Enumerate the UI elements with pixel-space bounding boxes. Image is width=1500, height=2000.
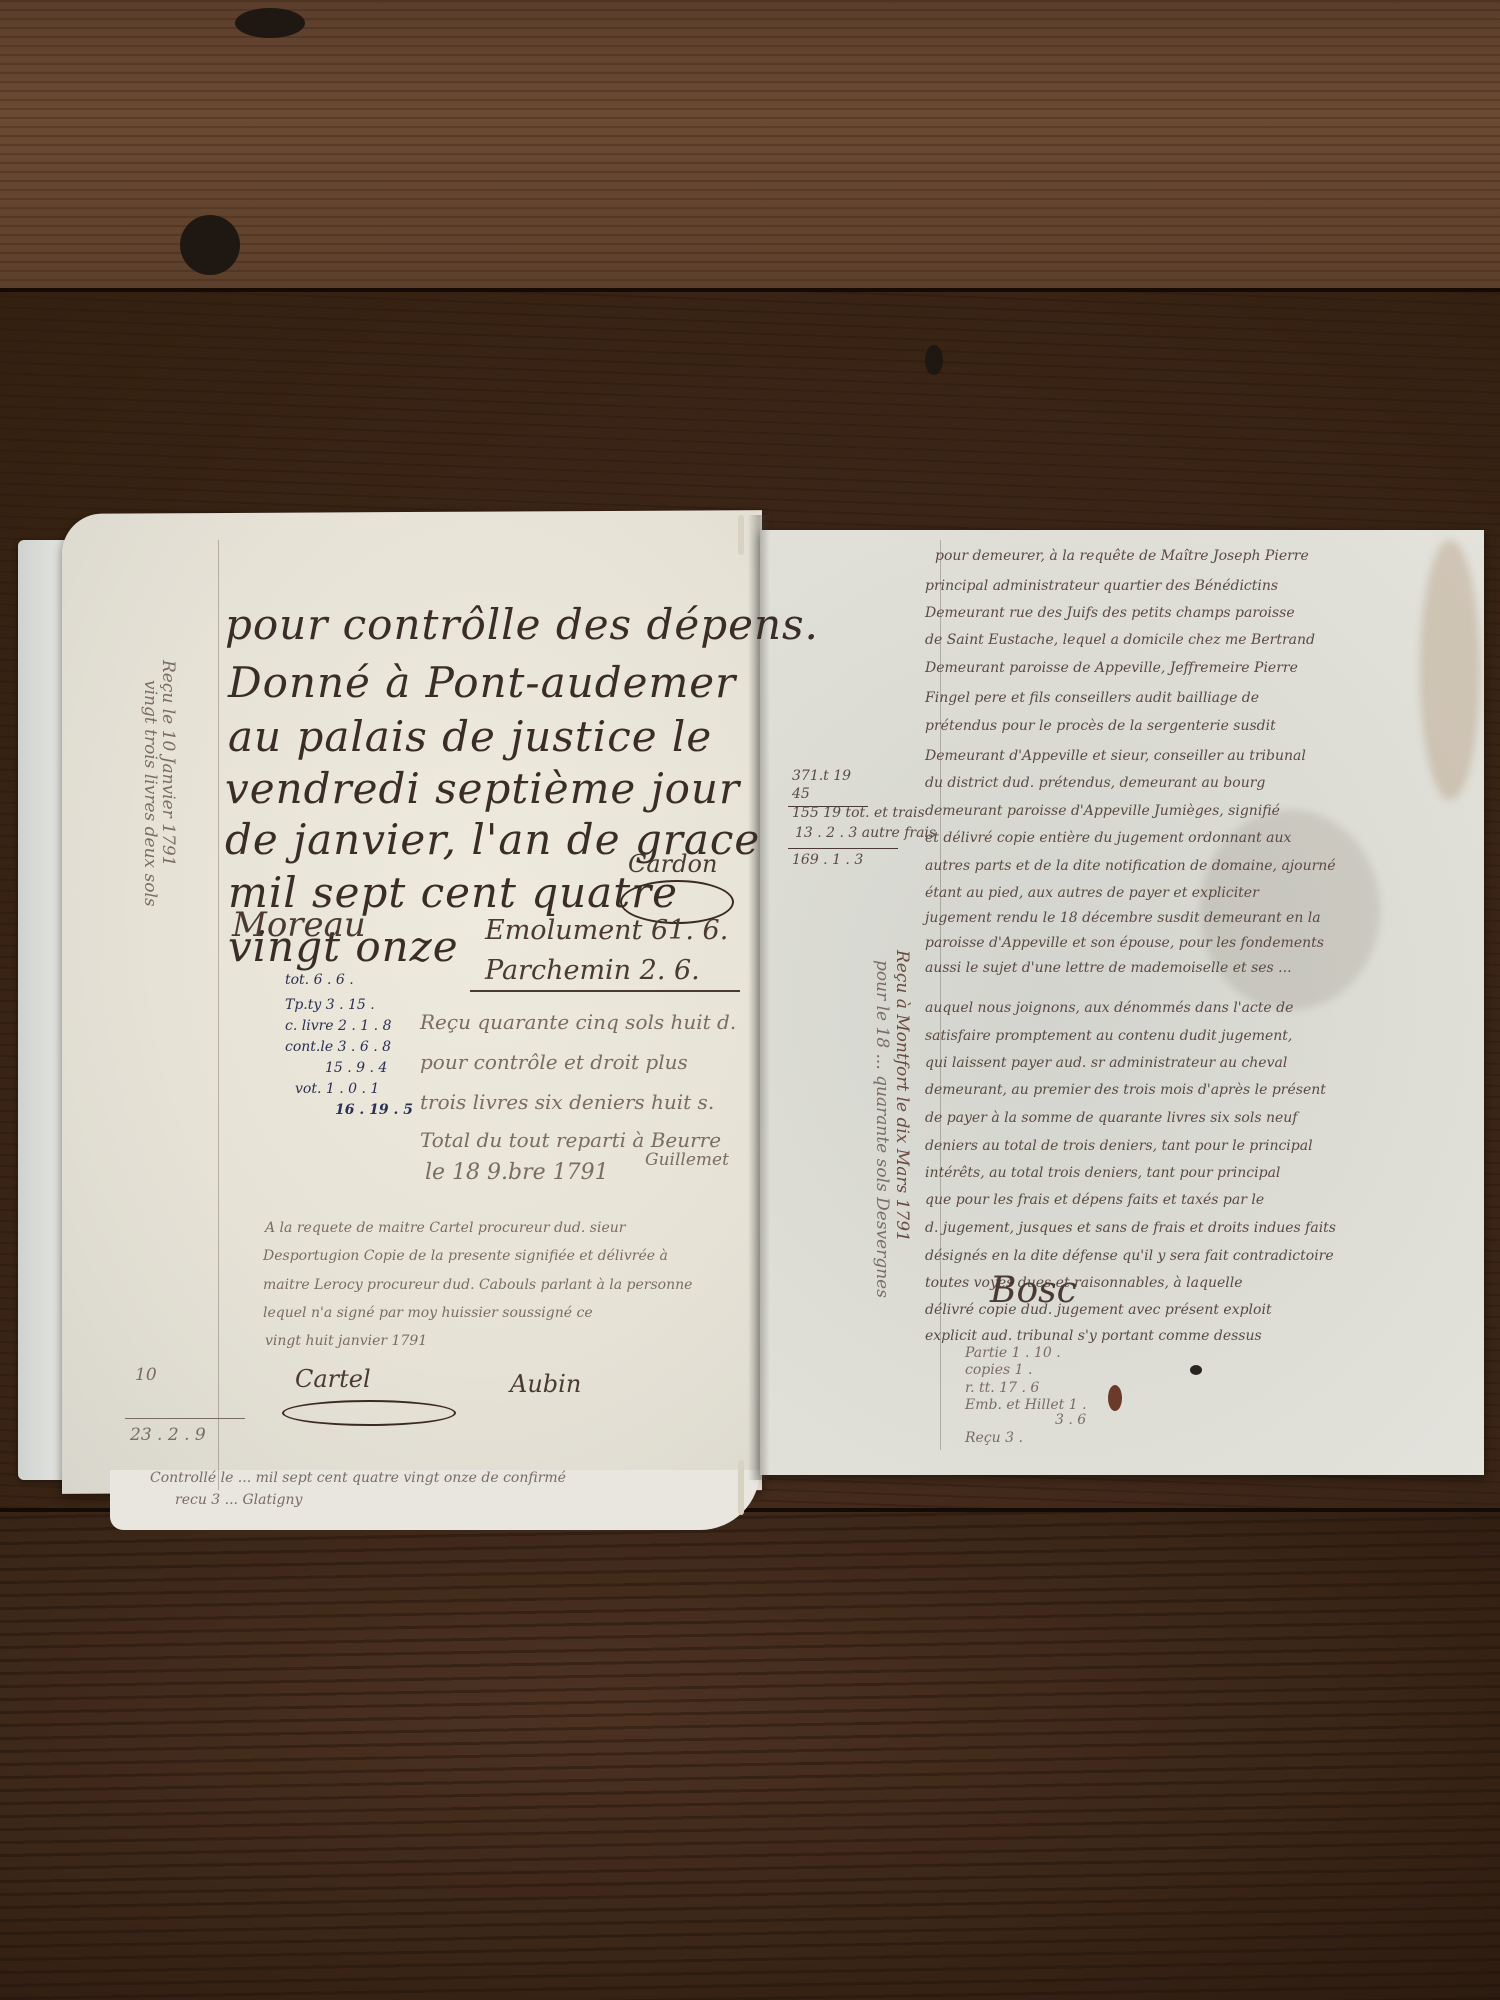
heading-rule xyxy=(470,990,740,992)
body-line: étant au pied, aux autres de payer et ex… xyxy=(925,885,1259,901)
registration-line: trois livres six deniers huit s. xyxy=(420,1090,714,1114)
ink-blot xyxy=(1108,1385,1122,1411)
body-line: jugement rendu le 18 décembre susdit dem… xyxy=(925,910,1321,926)
right-margin-note: Reçu à Montfort le dix Mars 1791 xyxy=(892,950,912,1242)
tally-rule xyxy=(125,1418,245,1419)
account-value: 3 . 15 . xyxy=(326,997,375,1013)
fee-label: Partie xyxy=(965,1345,1007,1361)
body-line: Fingel pere et fils conseillers audit ba… xyxy=(925,690,1259,706)
fee-value: 1 . 10 . xyxy=(1012,1345,1061,1361)
body-line: Demeurant rue des Juifs des petits champ… xyxy=(925,605,1295,621)
wood-knot xyxy=(235,8,305,38)
service-line: lequel n'a signé par moy huissier soussi… xyxy=(263,1305,593,1321)
account-label: tot. xyxy=(285,972,309,988)
binding-thread-top xyxy=(738,515,744,555)
signature-cardon: Cardon xyxy=(628,850,717,878)
body-line: demeurant, au premier des trois mois d'a… xyxy=(925,1082,1326,1098)
registration-line: Total du tout reparti à Beurre xyxy=(420,1128,721,1152)
body-line: aussi le sujet d'une lettre de mademoise… xyxy=(925,960,1292,976)
body-line: auquel nous joignons, aux dénommés dans … xyxy=(925,1000,1293,1016)
service-date: vingt huit janvier 1791 xyxy=(265,1333,427,1349)
body-line: paroisse d'Appeville et son épouse, pour… xyxy=(925,935,1324,951)
fee-label: Reçu xyxy=(965,1430,1001,1446)
account-label: Tp.ty xyxy=(285,997,321,1013)
body-line: que pour les frais et dépens faits et ta… xyxy=(925,1192,1264,1208)
tally-total: 23 . 2 . 9 xyxy=(130,1425,206,1445)
body-line: de Saint Eustache, lequel a domicile che… xyxy=(925,632,1315,648)
wood-plank-bottom xyxy=(0,1512,1500,2000)
fee-value: 17 . 6 xyxy=(999,1380,1039,1396)
body-line: deniers au total de trois deniers, tant … xyxy=(925,1138,1313,1154)
signature-aubin: Aubin xyxy=(510,1370,581,1398)
body-line: toutes voyes dues et raisonnables, à laq… xyxy=(925,1275,1243,1291)
body-line: principal administrateur quartier des Bé… xyxy=(925,578,1278,594)
body-line: pour demeurer, à la requête de Maître Jo… xyxy=(935,548,1309,564)
fee-label: Emb. et Hillet xyxy=(965,1397,1064,1413)
service-line: A la requete de maitre Cartel procureur … xyxy=(265,1220,625,1236)
body-line: de payer à la somme de quarante livres s… xyxy=(925,1110,1297,1126)
signature-bosc: Bosc xyxy=(990,1270,1077,1311)
main-line: Donné à Pont-audemer xyxy=(228,658,736,707)
fee-line: 13 . 2 . 3 autre frais xyxy=(795,825,936,841)
water-stain xyxy=(1420,540,1480,800)
body-line: Demeurant paroisse de Appeville, Jeffrem… xyxy=(925,660,1298,676)
account-value: 6 . 6 . xyxy=(314,972,354,988)
account-value: 3 . 6 . 8 xyxy=(338,1039,391,1055)
body-line: délivré copie dud. jugement avec présent… xyxy=(925,1302,1272,1318)
account-total: 16 . 19 . 5 xyxy=(335,1102,413,1118)
body-line: Demeurant d'Appeville et sieur, conseill… xyxy=(925,748,1306,764)
registration-line: Reçu quarante cinq sols huit d. xyxy=(420,1010,736,1034)
ink-blot xyxy=(1190,1365,1202,1375)
tally-top: 10 xyxy=(135,1365,157,1385)
account-value: 15 . 9 . 4 xyxy=(325,1060,387,1076)
fee-line: 371.t 19 xyxy=(792,768,851,784)
fees-heading-line: Parchemin 2. 6. xyxy=(485,955,700,986)
account-value: 2 . 1 . 8 xyxy=(338,1018,391,1034)
registration-date: le 18 9.bre 1791 xyxy=(425,1160,609,1185)
body-line: d. jugement, jusques et sans de frais et… xyxy=(925,1220,1336,1236)
wood-knot xyxy=(925,345,943,375)
fee-line: 45 xyxy=(792,786,810,802)
left-margin-rule xyxy=(218,540,219,1490)
right-margin-note: pour le 18 ... quarante sols Desvergnes xyxy=(872,960,892,1298)
account-label: cont.le xyxy=(285,1039,333,1055)
account-value: 1 . 0 . 1 xyxy=(326,1081,379,1097)
body-line: du district dud. prétendus, demeurant au… xyxy=(925,775,1265,791)
registration-line: pour contrôle et droit plus xyxy=(420,1050,688,1074)
left-margin-note: vingt trois livres deux sols xyxy=(140,680,160,907)
binding-thread-bottom xyxy=(738,1460,744,1515)
wood-knot xyxy=(180,215,240,275)
fee-label: r. tt. xyxy=(965,1380,995,1396)
body-line: qui laissent payer aud. sr administrateu… xyxy=(925,1055,1287,1071)
book-gutter xyxy=(748,515,770,1480)
fees-heading-line: Emolument 61. 6. xyxy=(485,915,728,946)
main-line: vendredi septième jour xyxy=(225,764,740,813)
body-line: prétendus pour le procès de la sergenter… xyxy=(925,718,1276,734)
main-line: pour contrôlle des dépens. xyxy=(225,600,819,649)
signature-flourish xyxy=(282,1400,456,1426)
fee-value: 1 . xyxy=(1069,1397,1087,1413)
bottom-note: recu 3 ... Glatigny xyxy=(175,1492,302,1508)
body-line: intérêts, au total trois deniers, tant p… xyxy=(925,1165,1280,1181)
body-line: satisfaire promptement au contenu dudit … xyxy=(925,1028,1292,1044)
body-line: demeurant paroisse d'Appeville Jumièges,… xyxy=(925,803,1280,819)
fee-rule xyxy=(788,848,898,849)
body-line: et délivré copie entière du jugement ord… xyxy=(925,830,1291,846)
signature-cartel: Cartel xyxy=(295,1365,371,1393)
fee-value: 3 . xyxy=(1005,1430,1023,1446)
registration-signature: Guillemet xyxy=(645,1150,729,1170)
main-line: au palais de justice le xyxy=(228,712,712,761)
fee-value: 1 . xyxy=(1015,1362,1033,1378)
fee-label: copies xyxy=(965,1362,1010,1378)
account-label: vot. xyxy=(295,1081,321,1097)
account-label: c. livre xyxy=(285,1018,334,1034)
fee-line: 155 19 tot. et trais xyxy=(792,805,925,821)
body-line: explicit aud. tribunal s'y portant comme… xyxy=(925,1328,1262,1344)
bottom-note: Controllé le ... mil sept cent quatre vi… xyxy=(150,1470,566,1486)
service-line: maitre Lerocy procureur dud. Cabouls par… xyxy=(263,1277,692,1293)
body-line: désignés en la dite défense qu'il y sera… xyxy=(925,1248,1334,1264)
signature-moreau: Moreau xyxy=(232,905,366,945)
left-margin-note: Reçu le 10 Janvier 1791 xyxy=(158,660,178,866)
fee-total: 3 . 6 xyxy=(1055,1412,1086,1428)
fee-total: 169 . 1 . 3 xyxy=(792,852,863,868)
service-line: Desportugion Copie de la presente signif… xyxy=(263,1248,668,1264)
body-line: autres parts et de la dite notification … xyxy=(925,858,1336,874)
